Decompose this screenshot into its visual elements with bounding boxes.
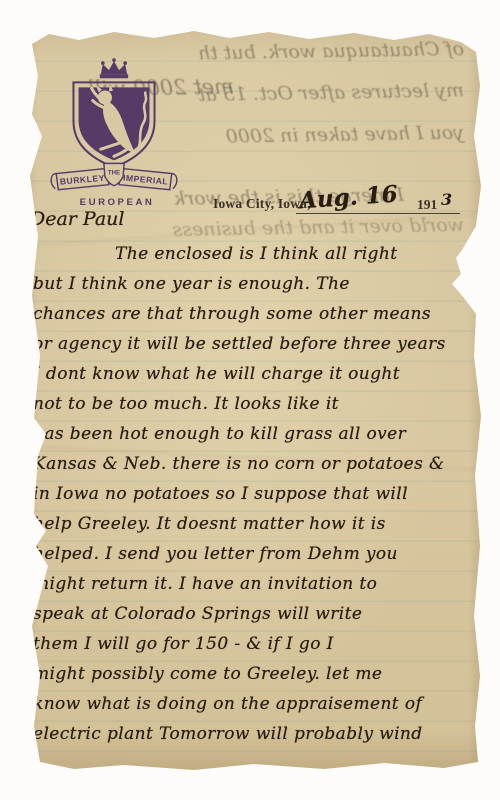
dateline: Iowa City, Iowa, Aug. 16 191 3 [213, 166, 475, 220]
bleed-through-line: you I have taken in 2000 [174, 121, 464, 148]
handwritten-date: Aug. 16 [298, 181, 398, 215]
scanned-letter: of Chautauqua work. but th my lectures a… [0, 0, 500, 800]
body-line: has been hot enough to kill grass all ov… [33, 419, 484, 449]
body-line: chances are that through some other mean… [33, 299, 484, 329]
handwritten-year-digit: 3 [441, 190, 452, 209]
body-line: them I will go for 150 - & if I go I [33, 629, 484, 659]
body-line: help Greeley. It doesnt matter how it is [33, 509, 484, 539]
body-line: but I think one year is enough. The [33, 269, 484, 299]
european-label: EUROPEAN [80, 197, 155, 208]
letter-body: The enclosed is I think all right but I … [33, 239, 484, 749]
burkley-imperial-crest: THE BURKLEY IMPERIAL EUROPEAN [48, 56, 180, 210]
body-line: I dont know what he will charge it ought [33, 359, 484, 389]
body-line: might possibly come to Greeley. let me [33, 659, 484, 689]
salutation: Dear Paul [30, 208, 125, 230]
body-line: The enclosed is I think all right [33, 239, 484, 269]
date-underline [296, 213, 460, 214]
body-line: know what is doing on the appraisement o… [33, 689, 484, 719]
body-line: electric plant Tomorrow will probably wi… [33, 719, 484, 749]
city-label: Iowa City, Iowa, [213, 196, 311, 212]
bleed-through-line: of Chautauqua work. but th [214, 38, 464, 64]
body-line: might return it. I have an invitation to [33, 569, 484, 599]
body-line: in Iowa no potatoes so I suppose that wi… [33, 479, 484, 509]
crown-icon [100, 58, 128, 78]
body-line: or agency it will be settled before thre… [33, 329, 484, 359]
letter-paper: of Chautauqua work. but th my lectures a… [24, 26, 484, 774]
printed-year-prefix: 191 [417, 197, 437, 213]
body-line: helped. I send you letter from Dehm you [33, 539, 484, 569]
body-line: speak at Colorado Springs will write [33, 599, 484, 629]
ribbon-banner: THE BURKLEY IMPERIAL [51, 163, 177, 189]
bleed-through-line: my lectures after Oct. 15 at [154, 79, 464, 106]
banner-text-the: THE [108, 171, 120, 177]
body-line: not to be too much. It looks like it [33, 389, 484, 419]
body-line: Kansas & Neb. there is no corn or potato… [33, 449, 484, 479]
